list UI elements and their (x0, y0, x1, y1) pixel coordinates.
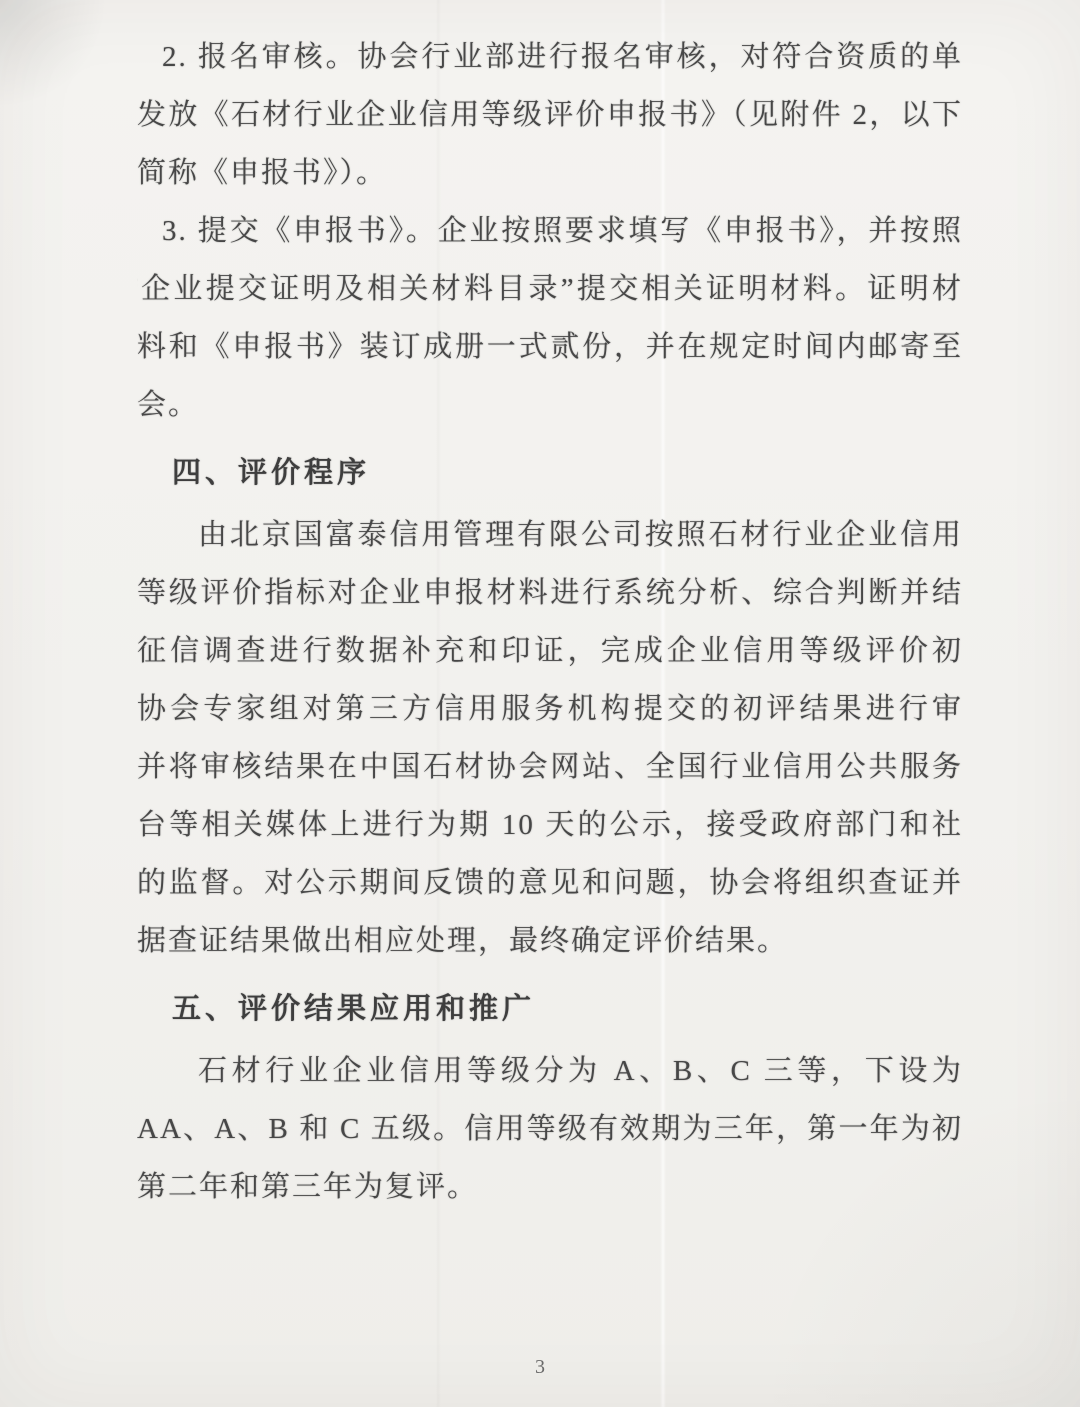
text-line: “企业提交证明及相关材料目录”提交相关证明材料。证明材 (137, 260, 963, 318)
section-heading-5: 五、评价结果应用和推广 (137, 980, 963, 1038)
text-line: AA、A、B 和 C 五级。信用等级有效期为三年，第一年为初评， (137, 1100, 963, 1158)
text-line: 简称《申报书》）。 (137, 144, 963, 202)
text-line: 3. 提交《申报书》。企业按照要求填写《申报书》，并按照 (137, 202, 963, 260)
text-line: 料和《申报书》装订成册一式贰份，并在规定时间内邮寄至协 (137, 318, 963, 376)
text-line: 的监督。对公示期间反馈的意见和问题，协会将组织查证并根 (137, 854, 963, 912)
text-line: 第二年和第三年为复评。 (137, 1158, 963, 1216)
text-line: 征信调查进行数据补充和印证，完成企业信用等级评价初评。 (137, 622, 963, 680)
page-number: 3 (0, 1352, 1080, 1382)
text-line: 会。 (137, 376, 963, 434)
text-line: 台等相关媒体上进行为期 10 天的公示，接受政府部门和社会 (137, 796, 963, 854)
text-line: 石材行业企业信用等级分为 A、B、C 三等，下设为 AAA、 (137, 1042, 963, 1100)
scanned-document-page: 2. 报名审核。协会行业部进行报名审核，对符合资质的单位 发放《石材行业企业信用… (0, 0, 1080, 1407)
text-line: 由北京国富泰信用管理有限公司按照石材行业企业信用 (137, 506, 963, 564)
text-line: 2. 报名审核。协会行业部进行报名审核，对符合资质的单位 (137, 28, 963, 86)
text-line: 等级评价指标对企业申报材料进行系统分析、综合判断并结合 (137, 564, 963, 622)
text-line: 发放《石材行业企业信用等级评价申报书》（见附件 2，以下 (137, 86, 963, 144)
text-line: 据查证结果做出相应处理，最终确定评价结果。 (137, 912, 963, 970)
document-text-block: 2. 报名审核。协会行业部进行报名审核，对符合资质的单位 发放《石材行业企业信用… (137, 28, 963, 1216)
section-heading-4: 四、评价程序 (137, 444, 963, 502)
text-line: 并将审核结果在中国石材协会网站、全国行业信用公共服务平 (137, 738, 963, 796)
text-line: 协会专家组对第三方信用服务机构提交的初评结果进行审核， (137, 680, 963, 738)
